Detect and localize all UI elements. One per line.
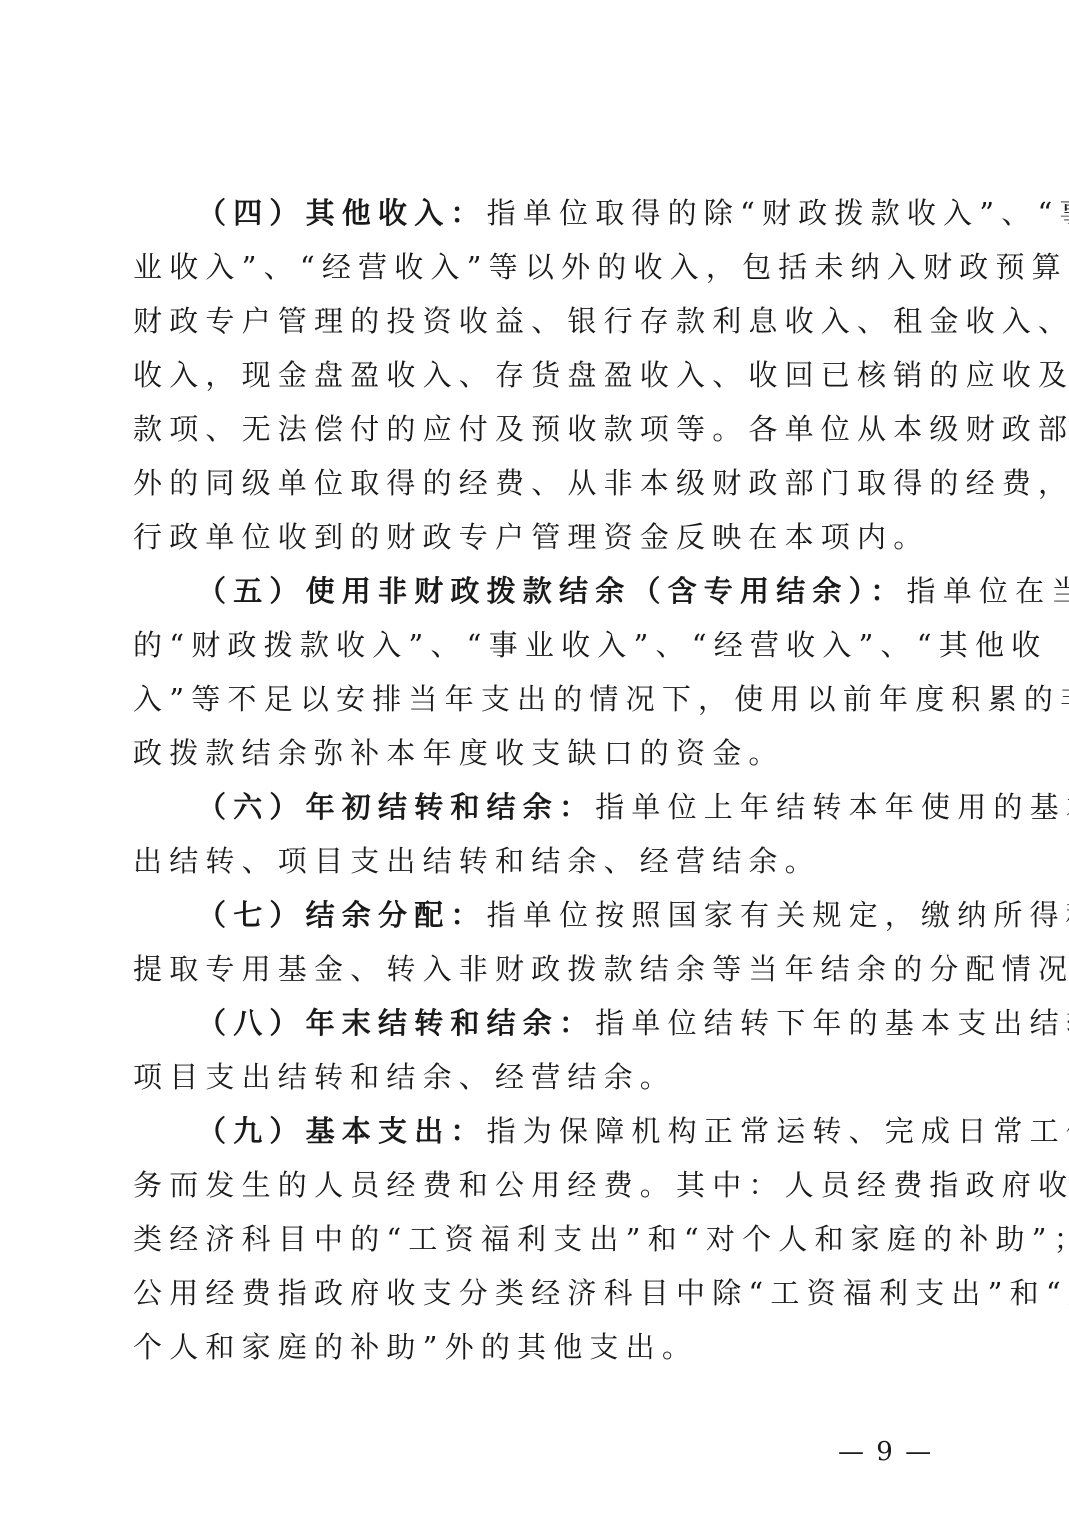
paragraph-9-line-4: 公用经费指政府收支分类经济科目中除“工资福利支出”和“对 (133, 1273, 941, 1313)
paragraph-8-heading: （八）年末结转和结余： (197, 1006, 595, 1040)
paragraph-6-line-1: （六）年初结转和结余：指单位上年结转本年使用的基本支 (197, 787, 941, 827)
paragraph-5-line-3: 入”等不足以安排当年支出的情况下，使用以前年度积累的非财 (133, 679, 941, 719)
paragraph-9-line-2: 务而发生的人员经费和公用经费。其中：人员经费指政府收支分 (133, 1165, 941, 1205)
paragraph-5-line-2: 的“财政拨款收入”、“事业收入”、“经营收入”、“其他收 (133, 625, 941, 665)
paragraph-9-heading: （九）基本支出： (197, 1114, 487, 1148)
paragraph-8-line-2: 项目支出结转和结余、经营结余。 (133, 1057, 941, 1097)
paragraph-4-line-4: 收入，现金盘盈收入、存货盘盈收入、收回已核销的应收及预付 (133, 355, 941, 395)
paragraph-4-heading: （四）其他收入： (197, 196, 487, 230)
page-number: — 9 — (838, 1436, 933, 1468)
paragraph-5-heading: （五）使用非财政拨款结余（含专用结余）： (197, 574, 907, 608)
paragraph-4-line-7: 行政单位收到的财政专户管理资金反映在本项内。 (133, 517, 941, 557)
paragraph-9-line-5: 个人和家庭的补助”外的其他支出。 (133, 1327, 941, 1367)
paragraph-4-line-6: 外的同级单位取得的经费、从非本级财政部门取得的经费，以及 (133, 463, 941, 503)
paragraph-4-line-3: 财政专户管理的投资收益、银行存款利息收入、租金收入、捐赠 (133, 301, 941, 341)
paragraph-6-line-2: 出结转、项目支出结转和结余、经营结余。 (133, 841, 941, 881)
paragraph-9-line-3: 类经济科目中的“工资福利支出”和“对个人和家庭的补助”； (133, 1219, 941, 1259)
paragraph-7-heading: （七）结余分配： (197, 898, 487, 932)
paragraph-7-line-2: 提取专用基金、转入非财政拨款结余等当年结余的分配情况。 (133, 949, 941, 989)
paragraph-7-line-1: （七）结余分配：指单位按照国家有关规定，缴纳所得税、 (197, 895, 941, 935)
paragraph-8-line-1: （八）年末结转和结余：指单位结转下年的基本支出结转、 (197, 1003, 941, 1043)
document-page: （四）其他收入：指单位取得的除“财政拨款收入”、“事 业收入”、“经营收入”等以… (0, 0, 1069, 1515)
paragraph-9-line-1: （九）基本支出：指为保障机构正常运转、完成日常工作任 (197, 1111, 941, 1151)
paragraph-4-line-1: （四）其他收入：指单位取得的除“财政拨款收入”、“事 (197, 193, 941, 233)
paragraph-5-line-4: 政拨款结余弥补本年度收支缺口的资金。 (133, 733, 941, 773)
paragraph-4-line-5: 款项、无法偿付的应付及预收款项等。各单位从本级财政部门以 (133, 409, 941, 449)
paragraph-4-line-2: 业收入”、“经营收入”等以外的收入，包括未纳入财政预算或 (133, 247, 941, 287)
paragraph-6-heading: （六）年初结转和结余： (197, 790, 595, 824)
paragraph-5-line-1: （五）使用非财政拨款结余（含专用结余）：指单位在当年 (197, 571, 941, 611)
